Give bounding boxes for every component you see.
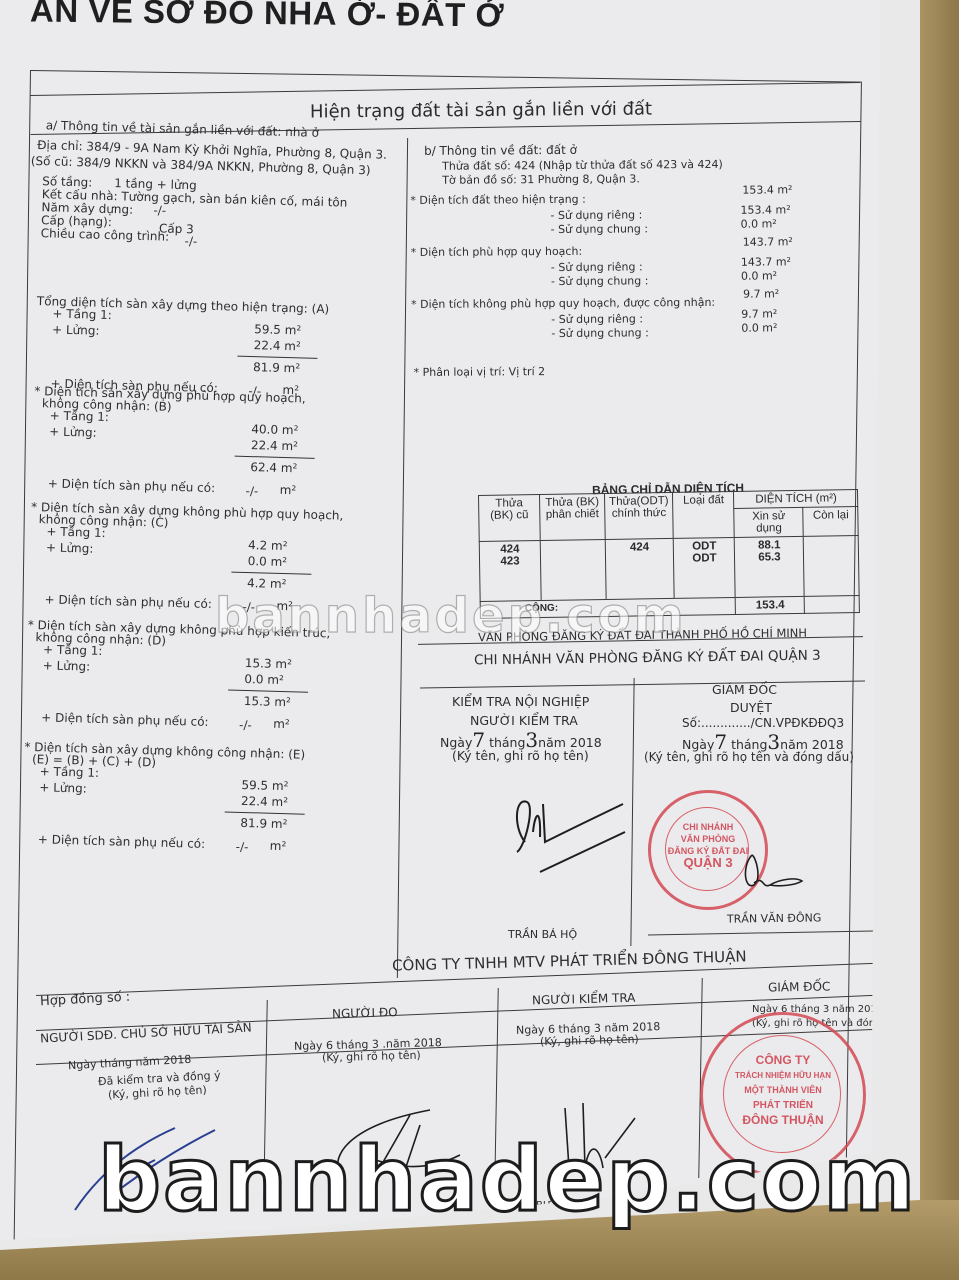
land-row-value: 143.7 m²: [743, 235, 793, 248]
col-area-group: DIỆN TÍCH (m²): [734, 490, 858, 509]
signature-inspection: [505, 792, 635, 882]
mezzanine-value: 22.4 m²: [251, 438, 298, 453]
section-total: 15.3 m²: [244, 694, 291, 709]
land-row-value: 0.0 m²: [741, 217, 777, 230]
aux-area-unit: m²: [273, 717, 290, 731]
sum-line: [231, 572, 311, 575]
document-title: ẢN VẼ SƠ ĐỒ NHÀ Ở- ĐẤT Ở: [30, 0, 505, 34]
surveyor-note: (Ký, ghi rõ họ tên): [322, 1049, 421, 1065]
col-official-parcel: Thửa(ODT) chính thức: [604, 492, 673, 539]
land-row-label: - Sử dụng riêng :: [551, 312, 643, 326]
inspection-title: KIỂM TRA NỘI NGHIỆP: [452, 694, 589, 709]
section-total: 81.9 m²: [253, 360, 300, 375]
mezzanine-value: 0.0 m²: [248, 554, 288, 569]
watermark-small: bannhadep.com: [215, 588, 687, 644]
land-info-section: b/ Thông tin về đất: đất ở Thửa đất số: …: [410, 141, 812, 384]
land-row-label: - Sử dụng chung :: [551, 222, 649, 236]
company-director-title: GIÁM ĐỐC: [768, 979, 831, 994]
land-row-label: - Sử dụng riêng :: [551, 260, 643, 274]
floor1-label: + Tầng 1:: [52, 306, 112, 322]
height-value: -/-: [184, 234, 197, 248]
director-title: GIÁM ĐỐC: [712, 682, 777, 697]
land-row-value: 153.4 m²: [740, 203, 790, 216]
sum-line: [235, 456, 315, 459]
aux-area-value: -/-: [239, 718, 252, 732]
position-class: * Phân loại vị trí: Vị trí 2: [414, 365, 546, 379]
aux-area-value: -/-: [245, 484, 258, 498]
parcel-number: Thửa đất số: 424 (Nhập từ thửa đất số 42…: [442, 158, 723, 173]
col-remaining: Còn lại: [803, 507, 858, 537]
watermark-large: bannhadep.com: [98, 1128, 917, 1231]
land-row-value: 0.0 m²: [741, 321, 777, 334]
inspection-role: NGƯỜI KIỂM TRA: [470, 713, 578, 728]
aux-area-label: + Diện tích sàn phụ nếu có:: [48, 476, 216, 495]
col-land-type: Loại đất: [673, 491, 735, 538]
build-year-value: -/-: [153, 203, 166, 217]
inspector-note: (Ký, ghi rõ họ tên): [540, 1033, 639, 1049]
total-remaining: [805, 596, 860, 614]
land-row-label: * Diện tích đất theo hiện trạng :: [410, 193, 586, 207]
mezzanine-value: 0.0 m²: [244, 672, 284, 687]
director-signer: TRẦN VĂN ĐÔNG: [727, 911, 822, 925]
col-requested: Xin sử dụng: [734, 507, 803, 537]
land-row-label: - Sử dụng chung :: [551, 274, 649, 288]
floor1-value: 59.5 m²: [241, 778, 288, 793]
signature-director: [740, 845, 810, 895]
sum-line: [228, 690, 308, 693]
col-old-parcel: Thửa (BK) cũ: [479, 495, 541, 542]
mezzanine-value: 22.4 m²: [241, 794, 288, 809]
section-header: Hiện trạng đất tài sản gắn liền với đất: [310, 99, 652, 123]
land-row-label: * Diện tích phù hợp quy hoạch:: [411, 245, 582, 259]
inspection-signer: TRẦN BÁ HỘ: [508, 928, 577, 941]
aux-area-value: -/-: [236, 840, 249, 854]
director-approve: DUYỆT: [730, 700, 772, 715]
section-total: 81.9 m²: [240, 816, 287, 831]
land-row-label: - Sử dụng chung :: [551, 326, 649, 340]
mezzanine-label: + Lửng:: [52, 322, 100, 337]
asset-info-section: a/ Thông tin về tài sản gắn liền với đất…: [17, 118, 408, 888]
sum-line: [237, 356, 317, 359]
mezzanine-label: + Lửng:: [39, 780, 87, 795]
floor1-label: + Tầng 1:: [50, 408, 110, 424]
floor1-label: + Tầng 1:: [43, 642, 103, 658]
height-label: Chiều cao công trình:: [41, 226, 170, 244]
mezzanine-value: 22.4 m²: [254, 338, 301, 353]
cell-requested: 88.165.3: [735, 536, 805, 597]
director-note: (Ký tên, ghi rõ họ tên và đóng dấu): [644, 750, 854, 764]
section-total: 62.4 m²: [250, 460, 297, 475]
sum-line: [225, 811, 305, 814]
floor1-value: 40.0 m²: [251, 422, 298, 437]
col-split-parcel: Thửa (BK) phân chiết: [540, 494, 606, 541]
floor1-value: 15.3 m²: [245, 656, 292, 671]
floor1-value: 4.2 m²: [248, 538, 288, 553]
document-page: ẢN VẼ SƠ ĐỒ NHÀ Ở- ĐẤT Ở Hiện trạng đất …: [0, 0, 880, 1240]
mezzanine-label: + Lửng:: [43, 658, 91, 673]
land-row-label: * Diện tích không phù hợp quy hoạch, đượ…: [411, 296, 715, 311]
land-row-value: 9.7 m²: [743, 287, 779, 300]
floor1-label: + Tầng 1:: [46, 524, 106, 540]
floor1-label: + Tầng 1:: [40, 764, 100, 780]
floor1-value: 59.5 m²: [254, 322, 301, 337]
total-value: 153.4: [736, 596, 805, 614]
mezzanine-label: + Lửng:: [46, 540, 94, 555]
aux-area-label: + Diện tích sàn phụ nếu có:: [38, 832, 206, 851]
aux-area-unit: m²: [280, 483, 297, 497]
aux-area-unit: m²: [270, 839, 287, 853]
director-number: Số:............./CN.VPĐKĐĐQ3: [682, 716, 844, 730]
aux-area-label: + Diện tích sàn phụ nếu có:: [44, 592, 212, 611]
surveyor-title: NGƯỜI ĐO: [332, 1005, 398, 1021]
aux-area-label: + Diện tích sàn phụ nếu có:: [41, 710, 209, 729]
land-row-value: 0.0 m²: [741, 269, 777, 282]
land-row-value: 153.4 m²: [742, 183, 792, 196]
inspector-title: NGƯỜI KIỂM TRA: [532, 991, 636, 1008]
land-row-value: 143.7 m²: [741, 255, 791, 268]
land-row-label: - Sử dụng riêng :: [550, 208, 642, 222]
land-heading: b/ Thông tin về đất: đất ở: [424, 143, 577, 158]
mezzanine-label: + Lửng:: [49, 424, 97, 439]
inspection-note: (Ký tên, ghi rõ họ tên): [452, 748, 589, 763]
cell-remaining: [804, 536, 860, 597]
map-sheet: Tờ bản đồ số: 31 Phường 8, Quận 3.: [442, 172, 640, 186]
land-row-value: 9.7 m²: [741, 307, 777, 320]
